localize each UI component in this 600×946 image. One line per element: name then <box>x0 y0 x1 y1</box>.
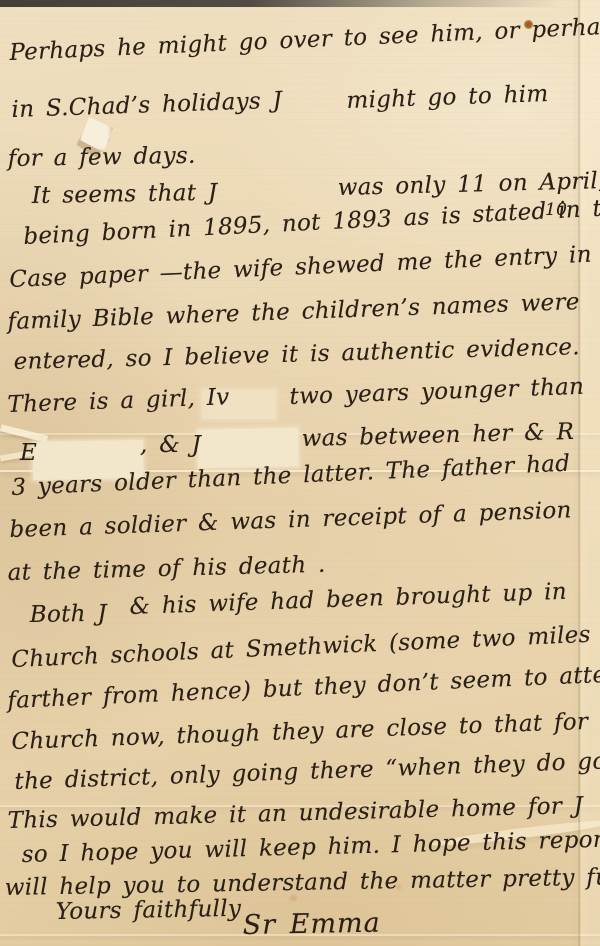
handwritten-line: at the time of his death . <box>7 552 326 586</box>
redaction-patch <box>198 428 299 468</box>
handwritten-line: might go to him <box>346 81 549 114</box>
handwritten-line: will help you to understand the matter p… <box>5 864 600 901</box>
handwritten-line: Both J <box>30 601 108 628</box>
scan-edge-top <box>0 0 560 7</box>
handwritten-line: two years younger than <box>289 374 585 410</box>
scan-edge-left <box>0 0 6 900</box>
handwritten-line: & his wife had been brought up in <box>129 579 567 620</box>
handwritten-line: was only 11 on April, <box>337 168 600 201</box>
letter-signature: Sr Emma <box>242 908 381 941</box>
handwritten-line: was between her & R <box>301 419 574 452</box>
handwritten-line: E <box>20 440 37 466</box>
handwritten-line: so I hope you will keep him. I hope this… <box>21 827 600 868</box>
handwritten-line: in S.Chad’s holidays J <box>11 88 282 123</box>
handwritten-line: for a few days. <box>8 143 196 172</box>
handwritten-line: been a soldier & was in receipt of a pen… <box>9 497 572 543</box>
handwritten-line: Case paper —the wife shewed me the entry… <box>9 240 600 293</box>
handwritten-line: This would make it an undesirable home f… <box>7 793 583 834</box>
handwritten-line: It seems that J <box>32 180 218 209</box>
handwritten-line: There is a girl, Iv <box>7 384 230 418</box>
letter-closing: Yours faithfully <box>56 896 242 925</box>
handwritten-line: the district, only going there “when the… <box>14 748 600 795</box>
handwritten-line: entered, so I believe it is authentic ev… <box>13 334 580 375</box>
handwritten-line: Church now, though they are close to tha… <box>11 709 589 755</box>
handwritten-line: Perhaps he might go over to see him, or … <box>9 13 600 66</box>
letter-scan: Perhaps he might go over to see him, or … <box>0 0 600 946</box>
handwritten-line: family Bible where the children’s names … <box>7 289 580 335</box>
fold-light-band <box>581 0 600 946</box>
handwritten-line: , & J <box>140 432 201 458</box>
